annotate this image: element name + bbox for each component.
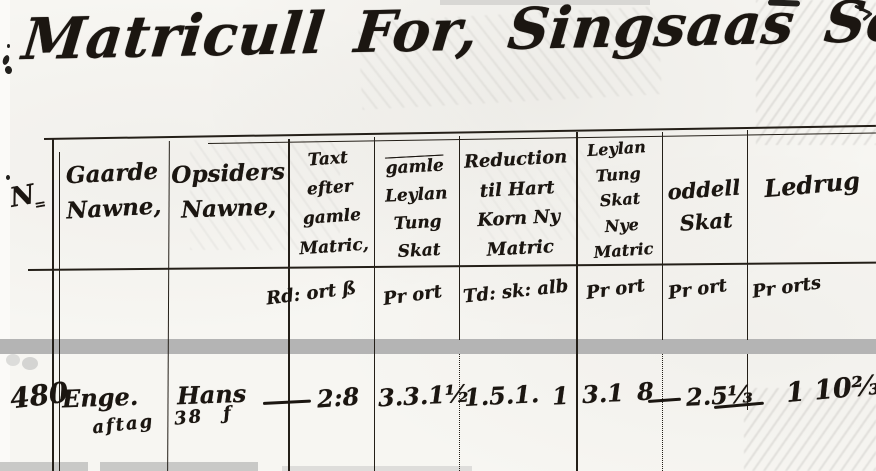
scan-band-dot-2: [22, 357, 38, 370]
table-vline-number: [52, 139, 54, 471]
scan-mark-left-4: [6, 175, 10, 180]
row-occupier-name: Hans: [177, 379, 247, 410]
row-farm-name: Enge.: [62, 382, 139, 414]
column-header-reduction-hartkorn: Reduction til Hart Korn Ny Matric: [459, 142, 577, 266]
scanned-document-page: Matricull For, Singsaas Sogn. N= Gaarde …: [0, 0, 876, 471]
scan-mark-left-3: [7, 44, 10, 48]
column-header-tax-old-matricul: Taxt efter gamle Matric,: [287, 142, 375, 264]
unit-odel: Pr ort: [667, 275, 728, 304]
unit-leding: Pr orts: [751, 272, 822, 302]
unit-reduction: Td: sk: alb: [462, 276, 569, 308]
filler-dash-before-tax: [263, 399, 311, 404]
column-header-odel-tax: oddell Skat: [662, 171, 748, 240]
table-vline-old-leilending-dotted: [459, 354, 460, 471]
column-header-number: N=: [8, 177, 48, 214]
scan-bottom-strip-2: [100, 462, 258, 471]
row-tax-old: 2:8: [316, 382, 360, 414]
scan-bottom-strip-1: [0, 462, 88, 471]
scan-band-dot-1: [6, 354, 20, 366]
number-header-mark: =: [33, 196, 46, 214]
column-header-leilending-tax-new: Leylan Tung Skat Nye Matric: [576, 133, 665, 266]
column-header-farm-name: Gaarde Nawne,: [58, 154, 167, 228]
table-vline-odel: [747, 130, 748, 340]
column-header-leding: Ledrug: [755, 165, 869, 204]
unit-old-leilending: Pr ort: [382, 281, 443, 310]
row-old-leilending-tax: 3.3.1½: [377, 379, 470, 413]
column-header-old-leilending-tax: gamle Leylan Tung Skat: [374, 151, 460, 267]
table-vline-reduction: [576, 132, 578, 471]
scan-bottom-strip-3: [282, 466, 472, 471]
scan-gray-band: [0, 339, 876, 354]
unit-tax-old: Rd: ort ß: [265, 278, 357, 310]
number-header-letter: N: [8, 179, 38, 214]
table-vline-leilending-new-dotted: [662, 354, 663, 471]
column-header-occupier-name: Opsiders Nawne,: [171, 155, 285, 228]
document-title: Matricull For, Singsaas Sogn.: [19, 0, 874, 73]
row-leilending-tax-new: 1 3.1 8: [551, 376, 654, 410]
row-reduction: 1.5.1.: [463, 379, 540, 412]
unit-leilending-new: Pr ort: [585, 275, 646, 304]
